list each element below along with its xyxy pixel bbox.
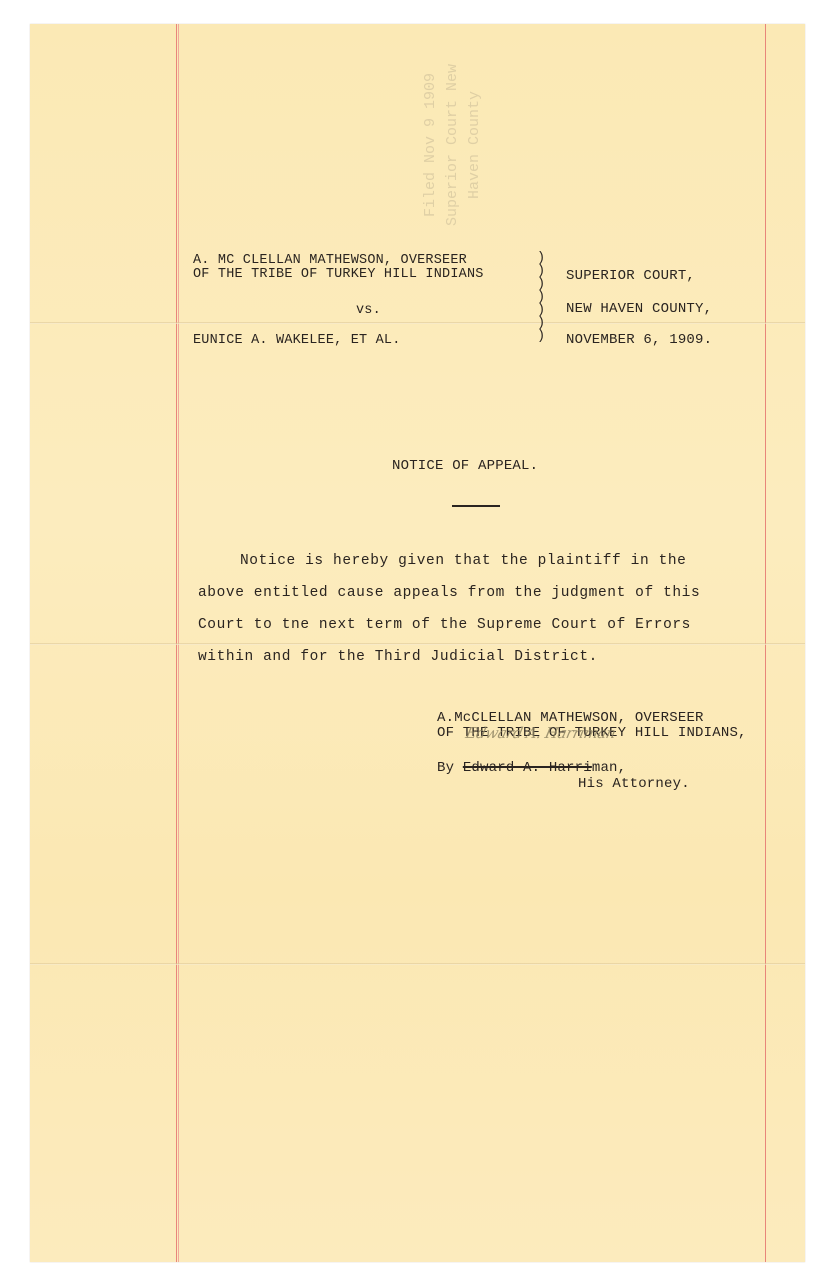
body-line-2: above entitled cause appeals from the ju… (198, 585, 700, 601)
handwritten-signature: Edward A. Harriman (464, 724, 617, 742)
body-line-4: within and for the Third Judicial Distri… (198, 649, 598, 665)
defendant-name: EUNICE A. WAKELEE, ET AL. (193, 333, 401, 348)
plaintiff-line-1: A. MC CLELLAN MATHEWSON, OVERSEER (193, 253, 467, 268)
county-name: NEW HAVEN COUNTY, (566, 301, 712, 317)
fold-line (30, 963, 805, 965)
plaintiff-line-2: OF THE TRIBE OF TURKEY HILL INDIANS (193, 267, 484, 282)
caption-brackets: ) ) ) ) ) ) ) (537, 252, 545, 343)
typed-name-remainder: man, (592, 760, 626, 776)
by-prefix: By (437, 760, 463, 776)
court-name: SUPERIOR COURT, (566, 268, 695, 284)
fold-line (30, 643, 805, 645)
filing-date: NOVEMBER 6, 1909. (566, 332, 712, 348)
fold-line (30, 322, 805, 324)
versus-label: vs. (356, 303, 381, 318)
struck-typed-name: Edward A. Harri (463, 760, 592, 776)
attorney-line: By Edward A. Harriman, (437, 760, 626, 776)
attorney-role: His Attorney. (578, 776, 690, 792)
body-line-1: Notice is hereby given that the plaintif… (240, 553, 686, 569)
title-underline (452, 505, 500, 507)
document-title: NOTICE OF APPEAL. (392, 458, 538, 474)
document-page (30, 24, 805, 1262)
filing-stamp: Filed Nov 9 1909 Superior Court New Have… (420, 60, 580, 230)
body-line-3: Court to tne next term of the Supreme Co… (198, 617, 691, 633)
